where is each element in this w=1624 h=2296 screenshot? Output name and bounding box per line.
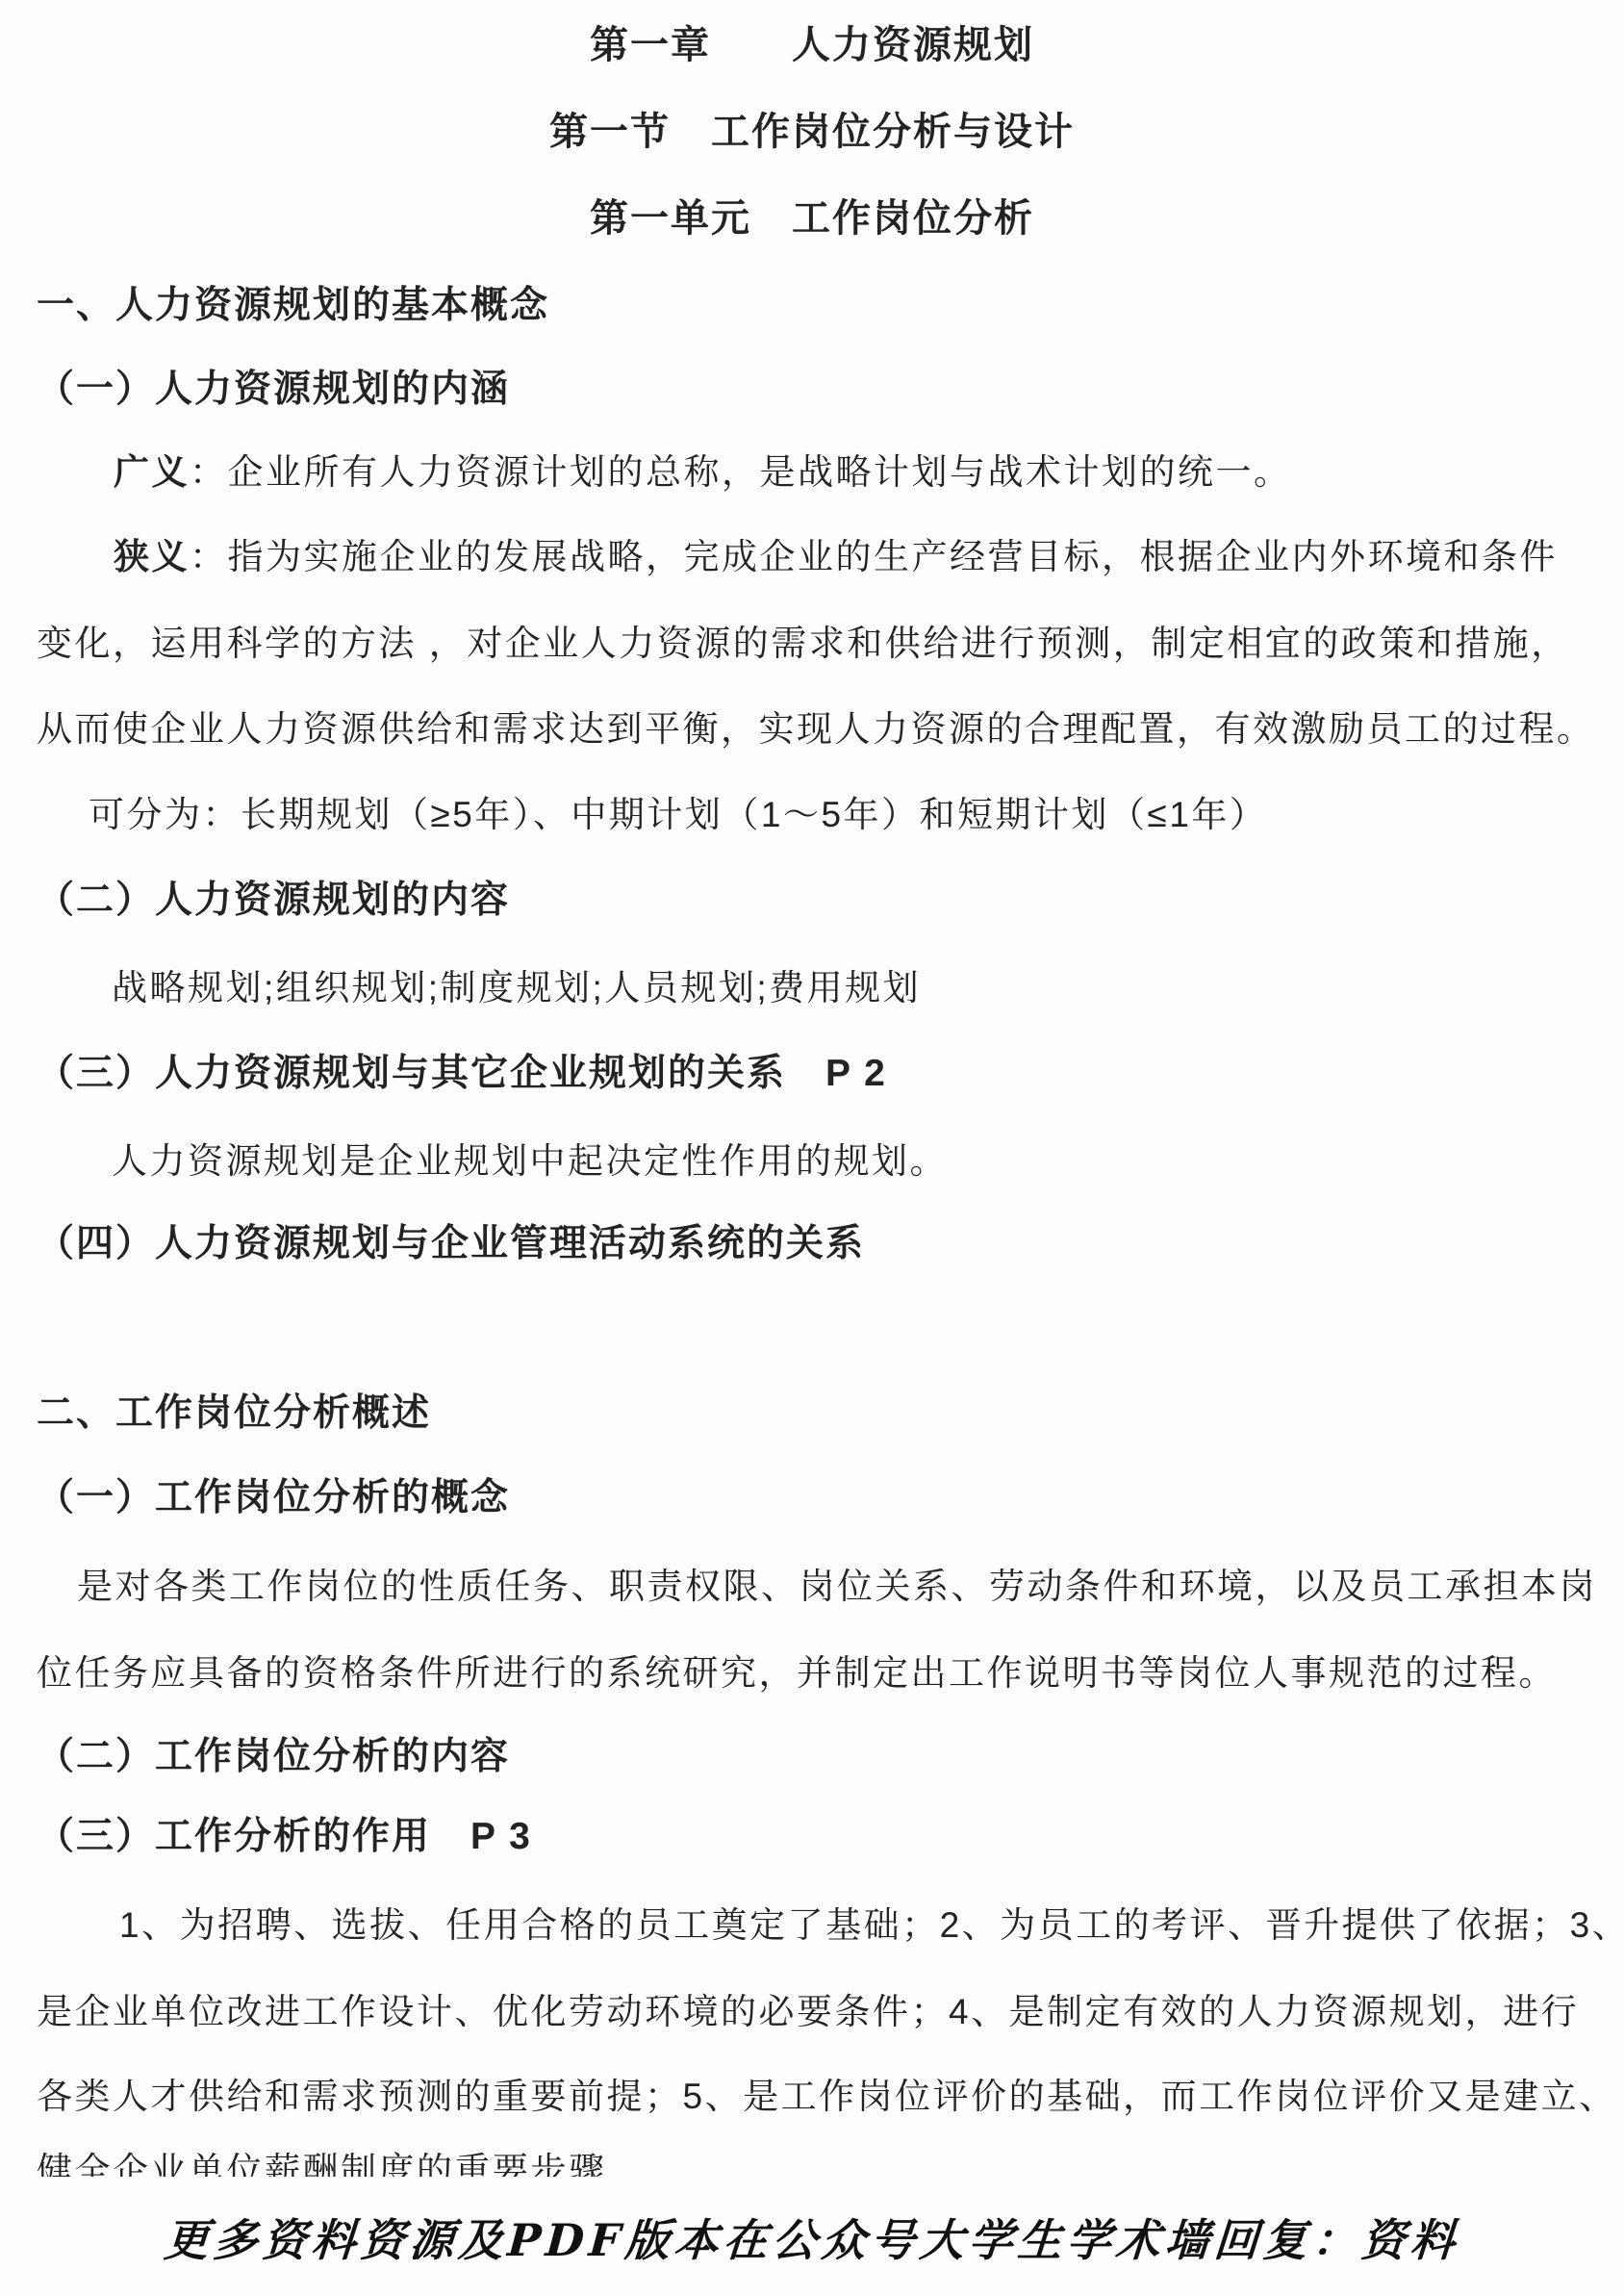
xiayi-body: ：指为实施企业的发展战略，完成企业的生产经营目标，根据企业内外环境和条件	[190, 537, 1558, 576]
heading-hrp-relation: （三）人力资源规划与其它企业规划的关系 P 2	[37, 1052, 887, 1096]
section-title: 第一节 工作岗位分析与设计	[0, 110, 1624, 154]
guangyi-label: 广义	[114, 452, 190, 492]
para-xiayi-line2: 变化，运用科学的方法 ，对企业人力资源的需求和供给进行预测，制定相宜的政策和措施…	[37, 622, 1569, 666]
unit-title: 第一单元 工作岗位分析	[0, 196, 1624, 241]
heading-job-analysis-overview: 二、工作岗位分析概述	[37, 1391, 431, 1436]
heading-ja-content: （二）工作岗位分析的内容	[37, 1735, 510, 1779]
para-ja-role-line4-text: 健全企业单位薪酬制度的重要步骤	[37, 2152, 607, 2177]
guangyi-body: ：企业所有人力资源计划的总称，是战略计划与战术计划的统一。	[190, 452, 1292, 492]
heading-connotation: （一）人力资源规划的内涵	[37, 368, 510, 412]
heading-ja-concept: （一）工作岗位分析的概念	[37, 1476, 510, 1520]
chapter-title: 第一章 人力资源规划	[0, 23, 1624, 67]
heading-hrp-mgmt-system: （四）人力资源规划与企业管理活动系统的关系	[37, 1222, 865, 1266]
para-plan-periods: 可分为：长期规划（≥5年）、中期计划（1～5年）和短期计划（≤1年）	[89, 793, 1267, 837]
para-xiayi-line3: 从而使企业人力资源供给和需求达到平衡，实现人力资源的合理配置，有效激励员工的过程…	[37, 707, 1595, 752]
para-ja-role-line3: 各类人才供给和需求预测的重要前提；5、是工作岗位评价的基础，而工作岗位评价又是建…	[37, 2075, 1617, 2119]
para-ja-role-line2: 是企业单位改进工作设计、优化劳动环境的必要条件；4、是制定有效的人力资源规划，进…	[37, 1990, 1579, 2034]
para-plan-types: 战略规划;组织规划;制度规划;人员规划;费用规划	[112, 966, 921, 1010]
para-decisive: 人力资源规划是企业规划中起决定性作用的规划。	[112, 1139, 948, 1184]
document-page: 第一章 人力资源规划 第一节 工作岗位分析与设计 第一单元 工作岗位分析 一、人…	[0, 0, 1624, 2296]
para-xiayi-line1: 狭义：指为实施企业的发展战略，完成企业的生产经营目标，根据企业内外环境和条件	[114, 535, 1558, 579]
heading-basic-concepts: 一、人力资源规划的基本概念	[37, 284, 549, 328]
para-ja-concept-line2: 位任务应具备的资格条件所进行的系统研究，并制定出工作说明书等岗位人事规范的过程。	[37, 1651, 1557, 1696]
para-guangyi: 广义：企业所有人力资源计划的总称，是战略计划与战术计划的统一。	[114, 450, 1292, 495]
para-ja-role-line1: 1、为招聘、选拔、任用合格的员工奠定了基础；2、为员工的考评、晋升提供了依据；3…	[119, 1903, 1624, 1948]
para-ja-role-line4-clipped: 健全企业单位薪酬制度的重要步骤	[37, 2152, 607, 2177]
heading-ja-role: （三）工作分析的作用 P 3	[37, 1815, 532, 1859]
para-ja-concept-line1: 是对各类工作岗位的性质任务、职责权限、岗位关系、劳动条件和环境，以及员工承担本岗	[77, 1565, 1597, 1609]
footer-watermark: 更多资料资源及PDF版本在公众号大学生学术墙回复：资料	[0, 2206, 1624, 2269]
heading-hrp-content: （二）人力资源规划的内容	[37, 879, 510, 923]
xiayi-label: 狭义	[114, 537, 190, 576]
